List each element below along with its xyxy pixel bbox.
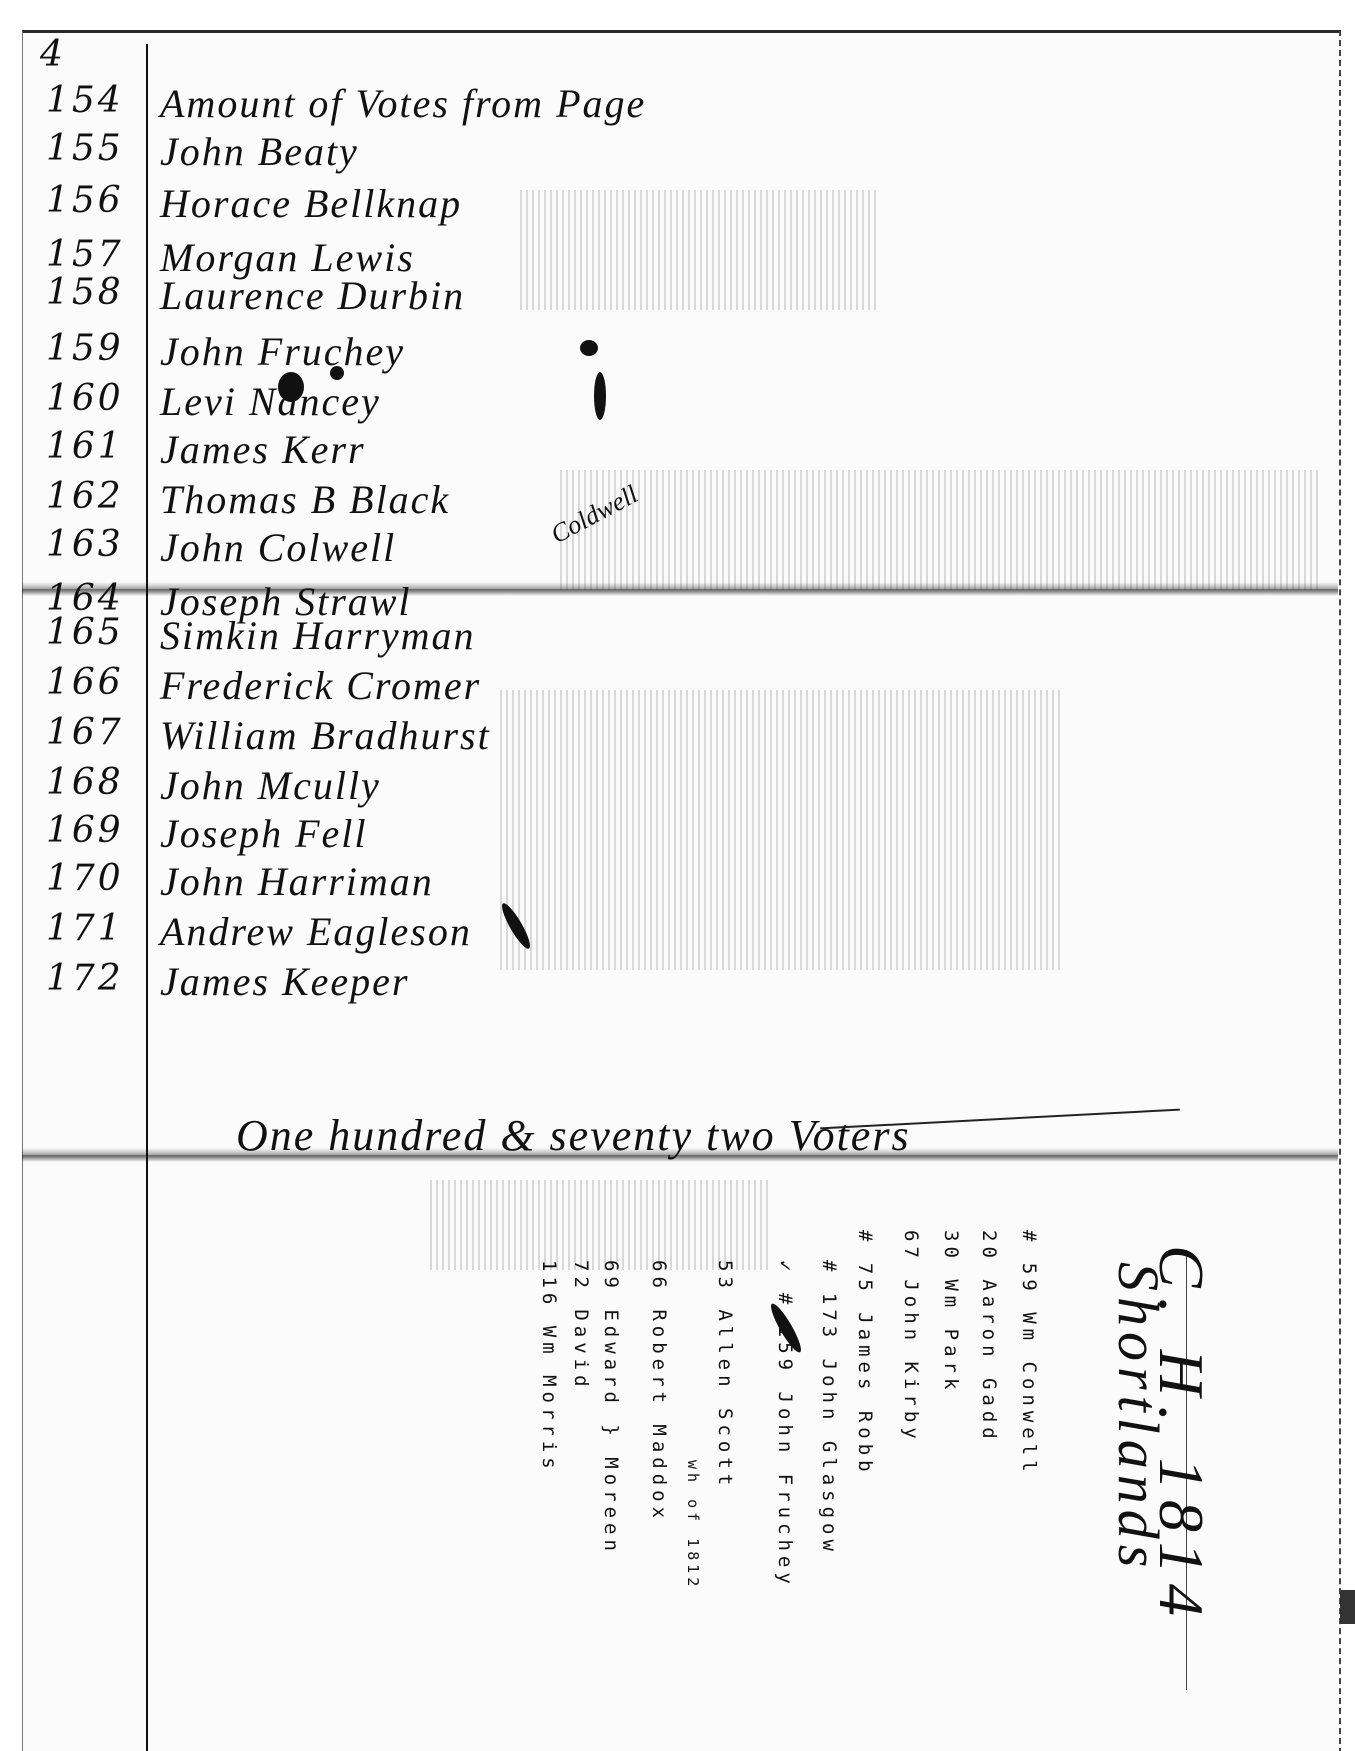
note-line: 67 John Kirby [900, 1230, 922, 1444]
note-line: # 59 Wm Conwell [1018, 1230, 1040, 1477]
voter-row: 159 John Fruchey [0, 328, 1000, 374]
note-line: # 75 James Robb [854, 1230, 876, 1477]
voter-name: Frederick Cromer [160, 662, 481, 709]
voter-row: 172 James Keeper [0, 958, 1000, 1004]
voter-row: 158 Laurence Durbin [0, 272, 1000, 318]
row-number: 170 [46, 858, 146, 899]
ink-blot [278, 372, 304, 402]
row-number: 172 [46, 958, 146, 999]
voter-row: 167 William Bradhurst [0, 712, 1000, 758]
voter-name: Andrew Eagleson [160, 908, 472, 955]
endorsement-name: Shortlands [1105, 1262, 1172, 1573]
note-line: 69 Edward } Moreen [600, 1260, 622, 1556]
note-line: # 173 John Glasgow [818, 1260, 840, 1556]
page-number: 4 [40, 34, 63, 75]
voter-name: John Fruchey [160, 328, 405, 375]
note-line: ✓ # 159 John Fruchey [774, 1260, 796, 1589]
voter-row: 169 Joseph Fell [0, 810, 1000, 856]
voter-name: John Colwell [160, 524, 396, 571]
note-line: 72 David [570, 1260, 592, 1392]
voter-row: 168 John Mcully [0, 762, 1000, 808]
voter-row: 160 Levi Nancey [0, 378, 1000, 424]
voter-name: John Beaty [160, 128, 359, 175]
row-number: 165 [46, 612, 146, 653]
voter-row: 166 Frederick Cromer [0, 662, 1000, 708]
note-subline: wh of 1812 [684, 1460, 702, 1590]
row-number: 163 [46, 524, 146, 565]
row-number: 162 [46, 476, 146, 517]
voter-row: 155 John Beaty [0, 128, 1000, 174]
voter-name: Joseph Fell [160, 810, 368, 857]
ink-blot [594, 372, 606, 420]
voter-name: James Keeper [160, 958, 409, 1005]
voter-row: 171 Andrew Eagleson [0, 908, 1000, 954]
voter-row: 162 Thomas B Black [0, 476, 1000, 522]
note-line: 30 Wm Park [940, 1230, 962, 1394]
row-number: 154 [46, 80, 146, 121]
voter-row: 165 Simkin Harryman [0, 612, 1000, 658]
smudge [430, 1180, 770, 1270]
row-number: 157 [46, 234, 146, 275]
row-number: 161 [46, 426, 146, 467]
note-line: 20 Aaron Gadd [978, 1230, 1000, 1444]
voter-row: 163 John Colwell [0, 524, 1000, 570]
row-number: 156 [46, 180, 146, 221]
voter-row: 161 James Kerr [0, 426, 1000, 472]
voter-name: John Mcully [160, 762, 381, 809]
voter-row: 170 John Harriman [0, 858, 1000, 904]
edge-tab [1340, 1590, 1355, 1624]
row-number: 171 [46, 908, 146, 949]
row-number: 158 [46, 272, 146, 313]
total-votes-line: One hundred & seventy two Voters [236, 1110, 911, 1161]
voter-name: William Bradhurst [160, 712, 491, 759]
row-number: 168 [46, 762, 146, 803]
note-line: 53 Allen Scott [714, 1260, 736, 1490]
voter-name: James Kerr [160, 426, 366, 473]
row-number: 167 [46, 712, 146, 753]
voter-name: Horace Bellknap [160, 180, 462, 227]
voter-row: 156 Horace Bellknap [0, 180, 1000, 226]
row-number: 155 [46, 128, 146, 169]
voter-name: Thomas B Black [160, 476, 450, 523]
row-number: 166 [46, 662, 146, 703]
voter-name: Simkin Harryman [160, 612, 476, 659]
voter-name: Laurence Durbin [160, 272, 465, 319]
note-line: 66 Robert Maddox [648, 1260, 670, 1523]
ink-blot [580, 340, 598, 356]
row-number: 160 [46, 378, 146, 419]
ink-blot [330, 366, 344, 380]
heading-row: 154 Amount of Votes from Page [0, 80, 1000, 126]
note-line: 116 Wm Morris [538, 1260, 560, 1474]
heading-text: Amount of Votes from Page [160, 80, 646, 127]
row-number: 169 [46, 810, 146, 851]
voter-name: Levi Nancey [160, 378, 381, 425]
row-number: 159 [46, 328, 146, 369]
voter-name: John Harriman [160, 858, 434, 905]
